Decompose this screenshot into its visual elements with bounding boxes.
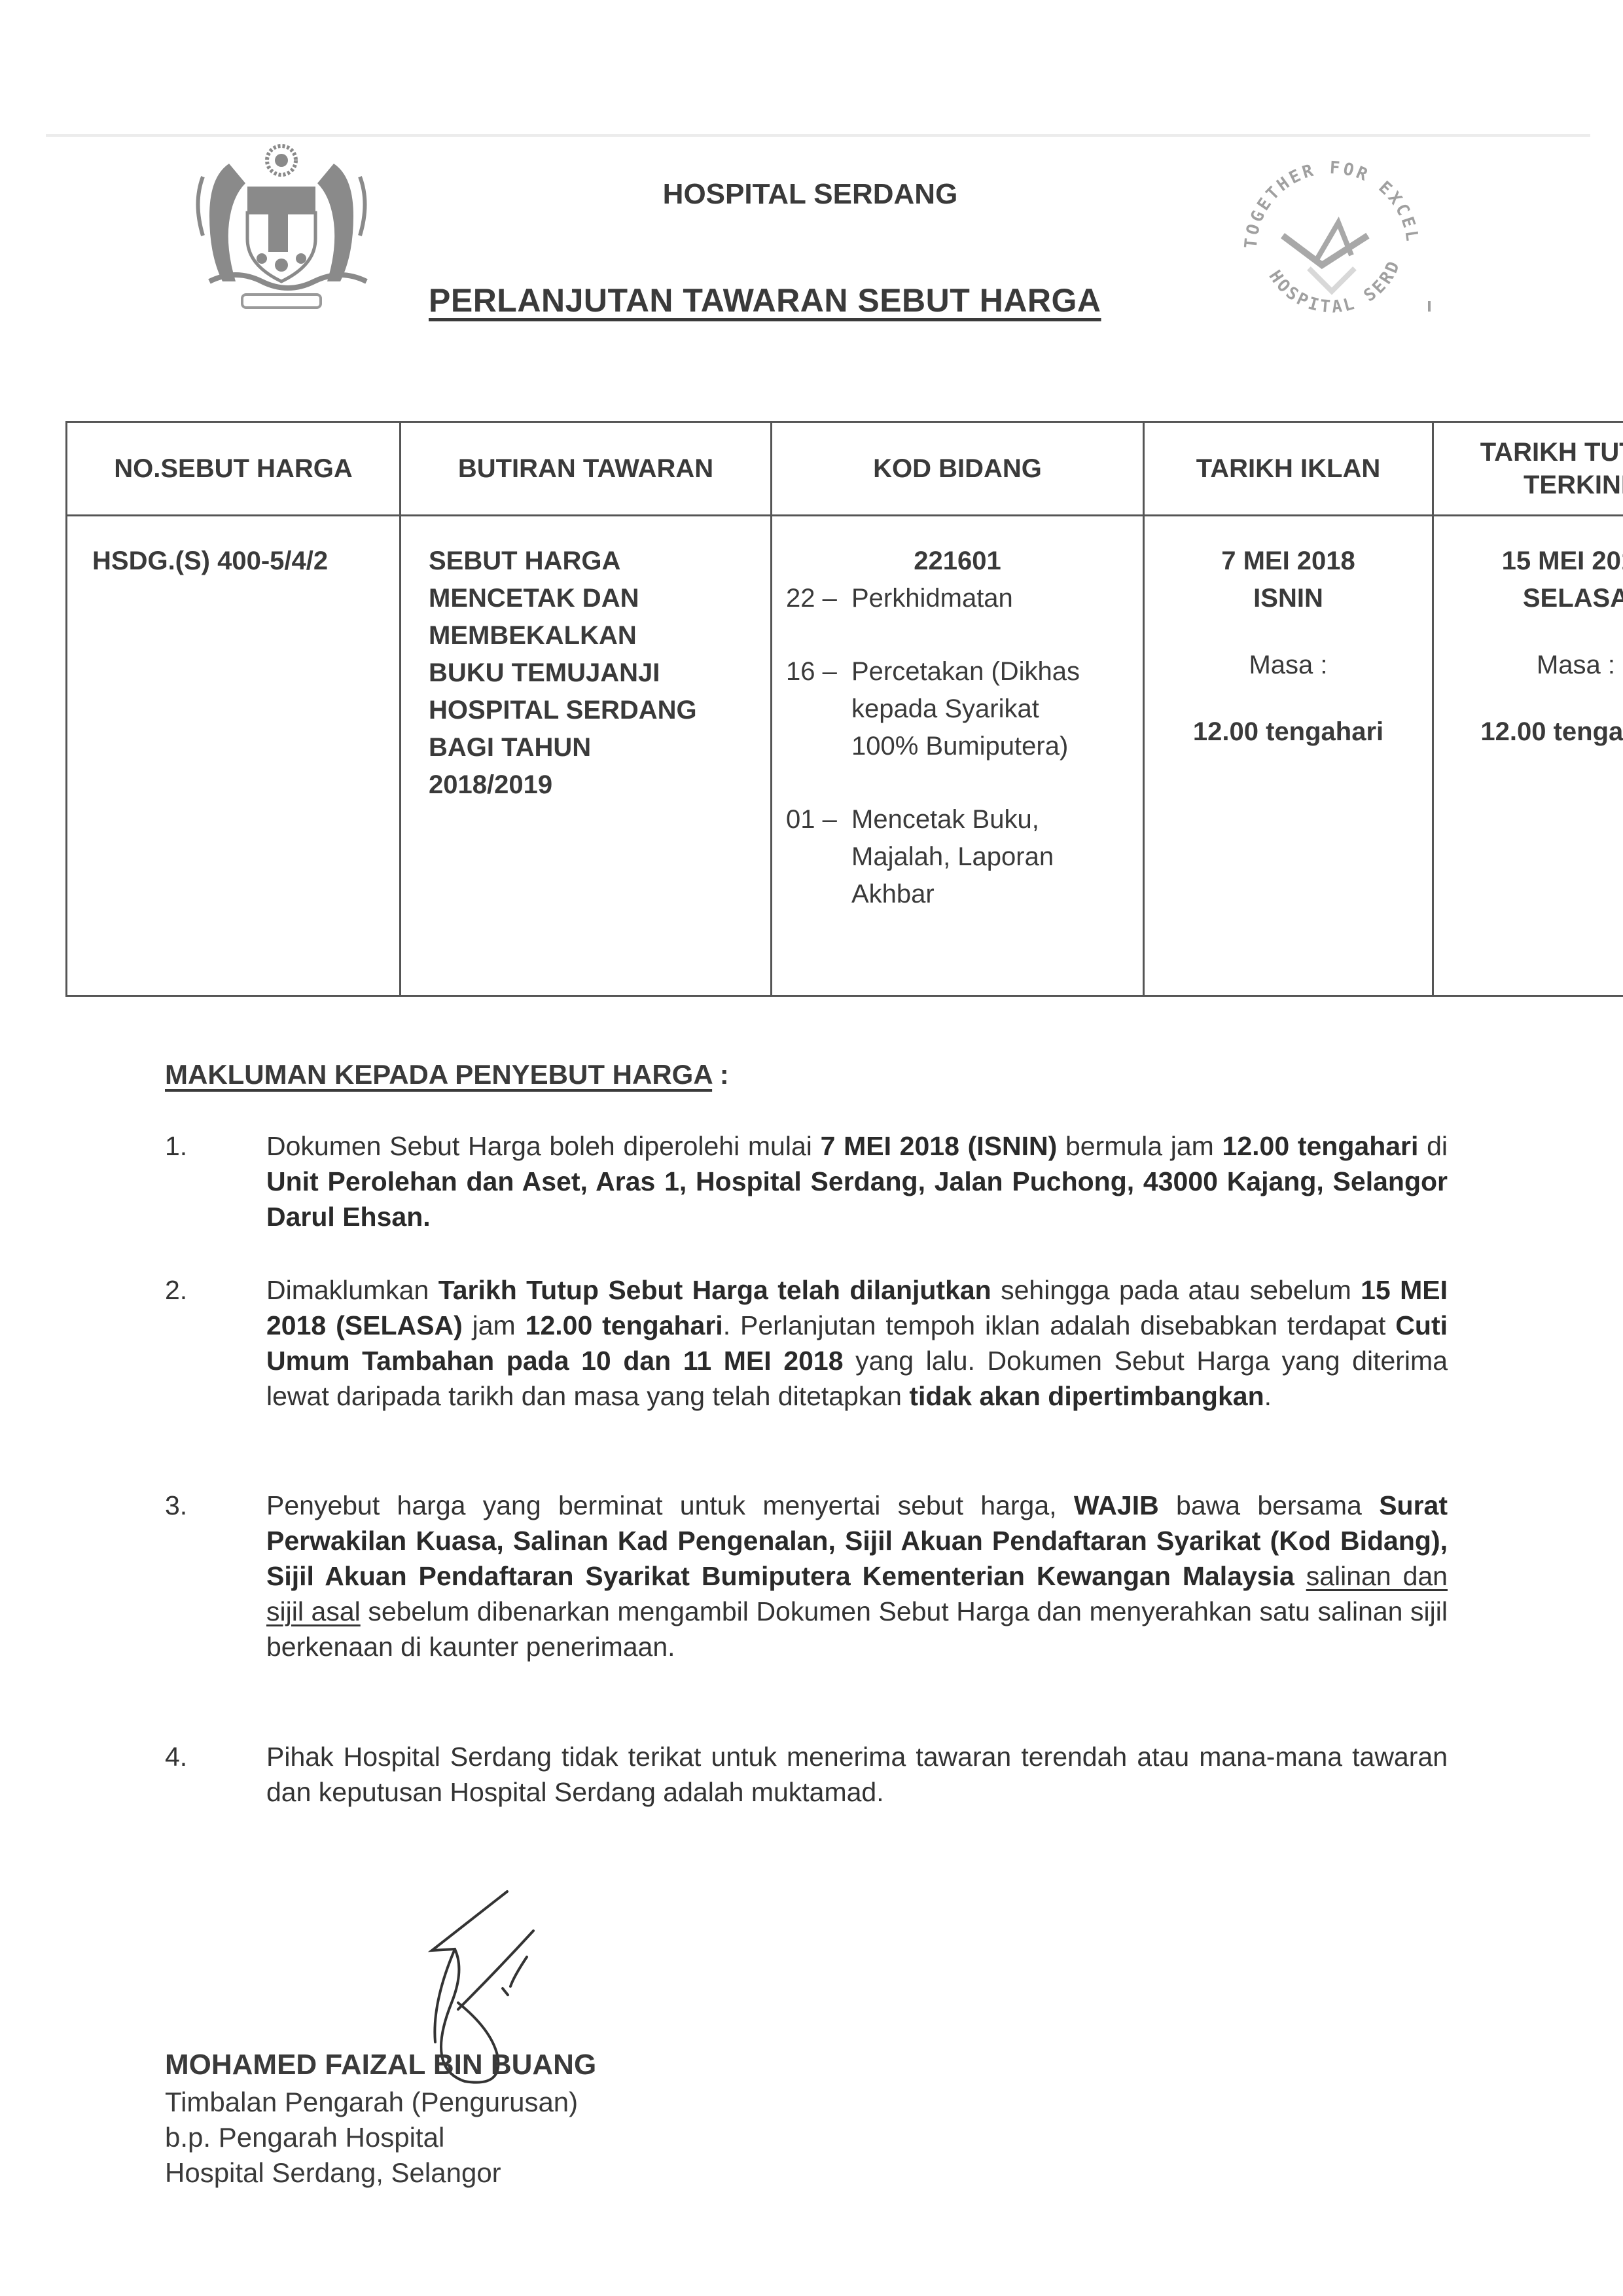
description-line: HOSPITAL SERDANG [429,692,770,729]
notice-item: 1. Dokumen Sebut Harga boleh diperolehi … [165,1128,1448,1234]
kod-item-text: Mencetak Buku, Majalah, Laporan Akhbar [851,801,1142,913]
table-header-row: NO.SEBUT HARGA BUTIRAN TAWARAN KOD BIDAN… [67,422,1623,516]
kod-item-number: 22 – [786,580,851,617]
kod-bidang-cell: 221601 22 – Perkhidmatan 16 – Percetakan… [772,516,1144,996]
col-header-line: TERKINI [1447,469,1623,501]
notice-heading-text: MAKLUMAN KEPADA PENYEBUT HARGA [165,1059,712,1090]
description-line: MEMBEKALKAN [429,617,770,655]
description-line: SEBUT HARGA [429,543,770,580]
header-divider [46,134,1590,137]
notice-item: 4. Pihak Hospital Serdang tidak terikat … [165,1739,1448,1810]
notice-item-text: Dimaklumkan Tarikh Tutup Sebut Harga tel… [266,1272,1448,1414]
notice-item: 2. Dimaklumkan Tarikh Tutup Sebut Harga … [165,1272,1448,1414]
kod-item-text: Percetakan (Dikhas kepada Syarikat 100% … [851,653,1142,765]
description-line: MENCETAK DAN [429,580,770,617]
kod-bidang-item: 16 – Percetakan (Dikhas kepada Syarikat … [786,653,1142,765]
closing-time: 12.00 tengahari [1435,713,1623,751]
notice-item-number: 4. [165,1739,187,1774]
notice-heading: MAKLUMAN KEPADA PENYEBUT HARGA : [165,1059,729,1090]
closing-day: SELASA [1435,580,1623,617]
notice-item-text: Penyebut harga yang berminat untuk menye… [266,1488,1448,1664]
notice-item-number: 1. [165,1128,187,1164]
signatory-location: Hospital Serdang, Selangor [165,2157,501,2189]
notice-item-number: 2. [165,1272,187,1308]
spacer [773,765,1142,801]
document-title: PERLANJUTAN TAWARAN SEBUT HARGA [429,281,1101,319]
col-header-kod-bidang: KOD BIDANG [772,422,1144,516]
closing-date: 15 MEI 2018 [1435,543,1623,580]
notice-heading-colon: : [712,1059,729,1090]
kod-item-text: Perkhidmatan [851,580,1142,617]
logo-top-text: TOGETHER FOR EXCELLENCE [1217,137,1422,249]
signatory-position: Timbalan Pengarah (Pengurusan) [165,2087,578,2118]
spacer [773,617,1142,653]
tender-table: NO.SEBUT HARGA BUTIRAN TAWARAN KOD BIDAN… [65,421,1623,997]
kod-bidang-item: 01 – Mencetak Buku, Majalah, Laporan Akh… [786,801,1142,913]
description-line: BUKU TEMUJANJI [429,655,770,692]
description-line: BAGI TAHUN [429,729,770,766]
malaysia-coat-of-arms-icon [183,137,380,321]
col-header-line: TARIKH TUTUP [1447,436,1623,469]
notice-item: 3. Penyebut harga yang berminat untuk me… [165,1488,1448,1664]
signatory-name: MOHAMED FAIZAL BIN BUANG [165,2049,596,2081]
tarikh-iklan-cell: 7 MEI 2018 ISNIN Masa : 12.00 tengahari [1144,516,1433,996]
description-cell: SEBUT HARGA MENCETAK DAN MEMBEKALKAN BUK… [401,516,772,996]
kod-bidang-code: 221601 [773,543,1142,580]
hospital-serdang-logo-icon: TOGETHER FOR EXCELLENCE HOSPITAL SERDANG [1217,137,1446,340]
kod-item-number: 16 – [786,653,851,765]
kod-item-number: 01 – [786,801,851,913]
notice-item-text: Pihak Hospital Serdang tidak terikat unt… [266,1739,1448,1810]
kod-item-line: Perkhidmatan [851,580,1142,617]
kod-item-line: Mencetak Buku, [851,801,1142,838]
svg-text:TOGETHER FOR EXCELLENCE: TOGETHER FOR EXCELLENCE [1217,137,1422,249]
advert-date: 7 MEI 2018 [1145,543,1431,580]
kod-item-line: Majalah, Laporan [851,838,1142,876]
ref-no-cell: HSDG.(S) 400-5/4/2 [67,516,401,996]
kod-item-line: kepada Syarikat [851,691,1142,728]
tarikh-tutup-cell: 15 MEI 2018 SELASA Masa : 12.00 tengahar… [1433,516,1623,996]
table-row: HSDG.(S) 400-5/4/2 SEBUT HARGA MENCETAK … [67,516,1623,996]
description-line: 2018/2019 [429,766,770,804]
kod-bidang-item: 22 – Perkhidmatan [786,580,1142,617]
notice-item-text: Dokumen Sebut Harga boleh diperolehi mul… [266,1128,1448,1234]
advert-day: ISNIN [1145,580,1431,617]
kod-item-line: Akhbar [851,876,1142,913]
kod-item-line: Percetakan (Dikhas [851,653,1142,691]
closing-time-label: Masa : [1435,647,1623,684]
advert-time-label: Masa : [1145,647,1431,684]
notice-item-number: 3. [165,1488,187,1523]
signatory-on-behalf: b.p. Pengarah Hospital [165,2122,444,2153]
col-header-ref-no: NO.SEBUT HARGA [67,422,401,516]
kod-item-line: 100% Bumiputera) [851,728,1142,765]
advert-time: 12.00 tengahari [1145,713,1431,751]
col-header-tarikh-iklan: TARIKH IKLAN [1144,422,1433,516]
col-header-description: BUTIRAN TAWARAN [401,422,772,516]
col-header-tarikh-tutup: TARIKH TUTUP TERKINI [1433,422,1623,516]
